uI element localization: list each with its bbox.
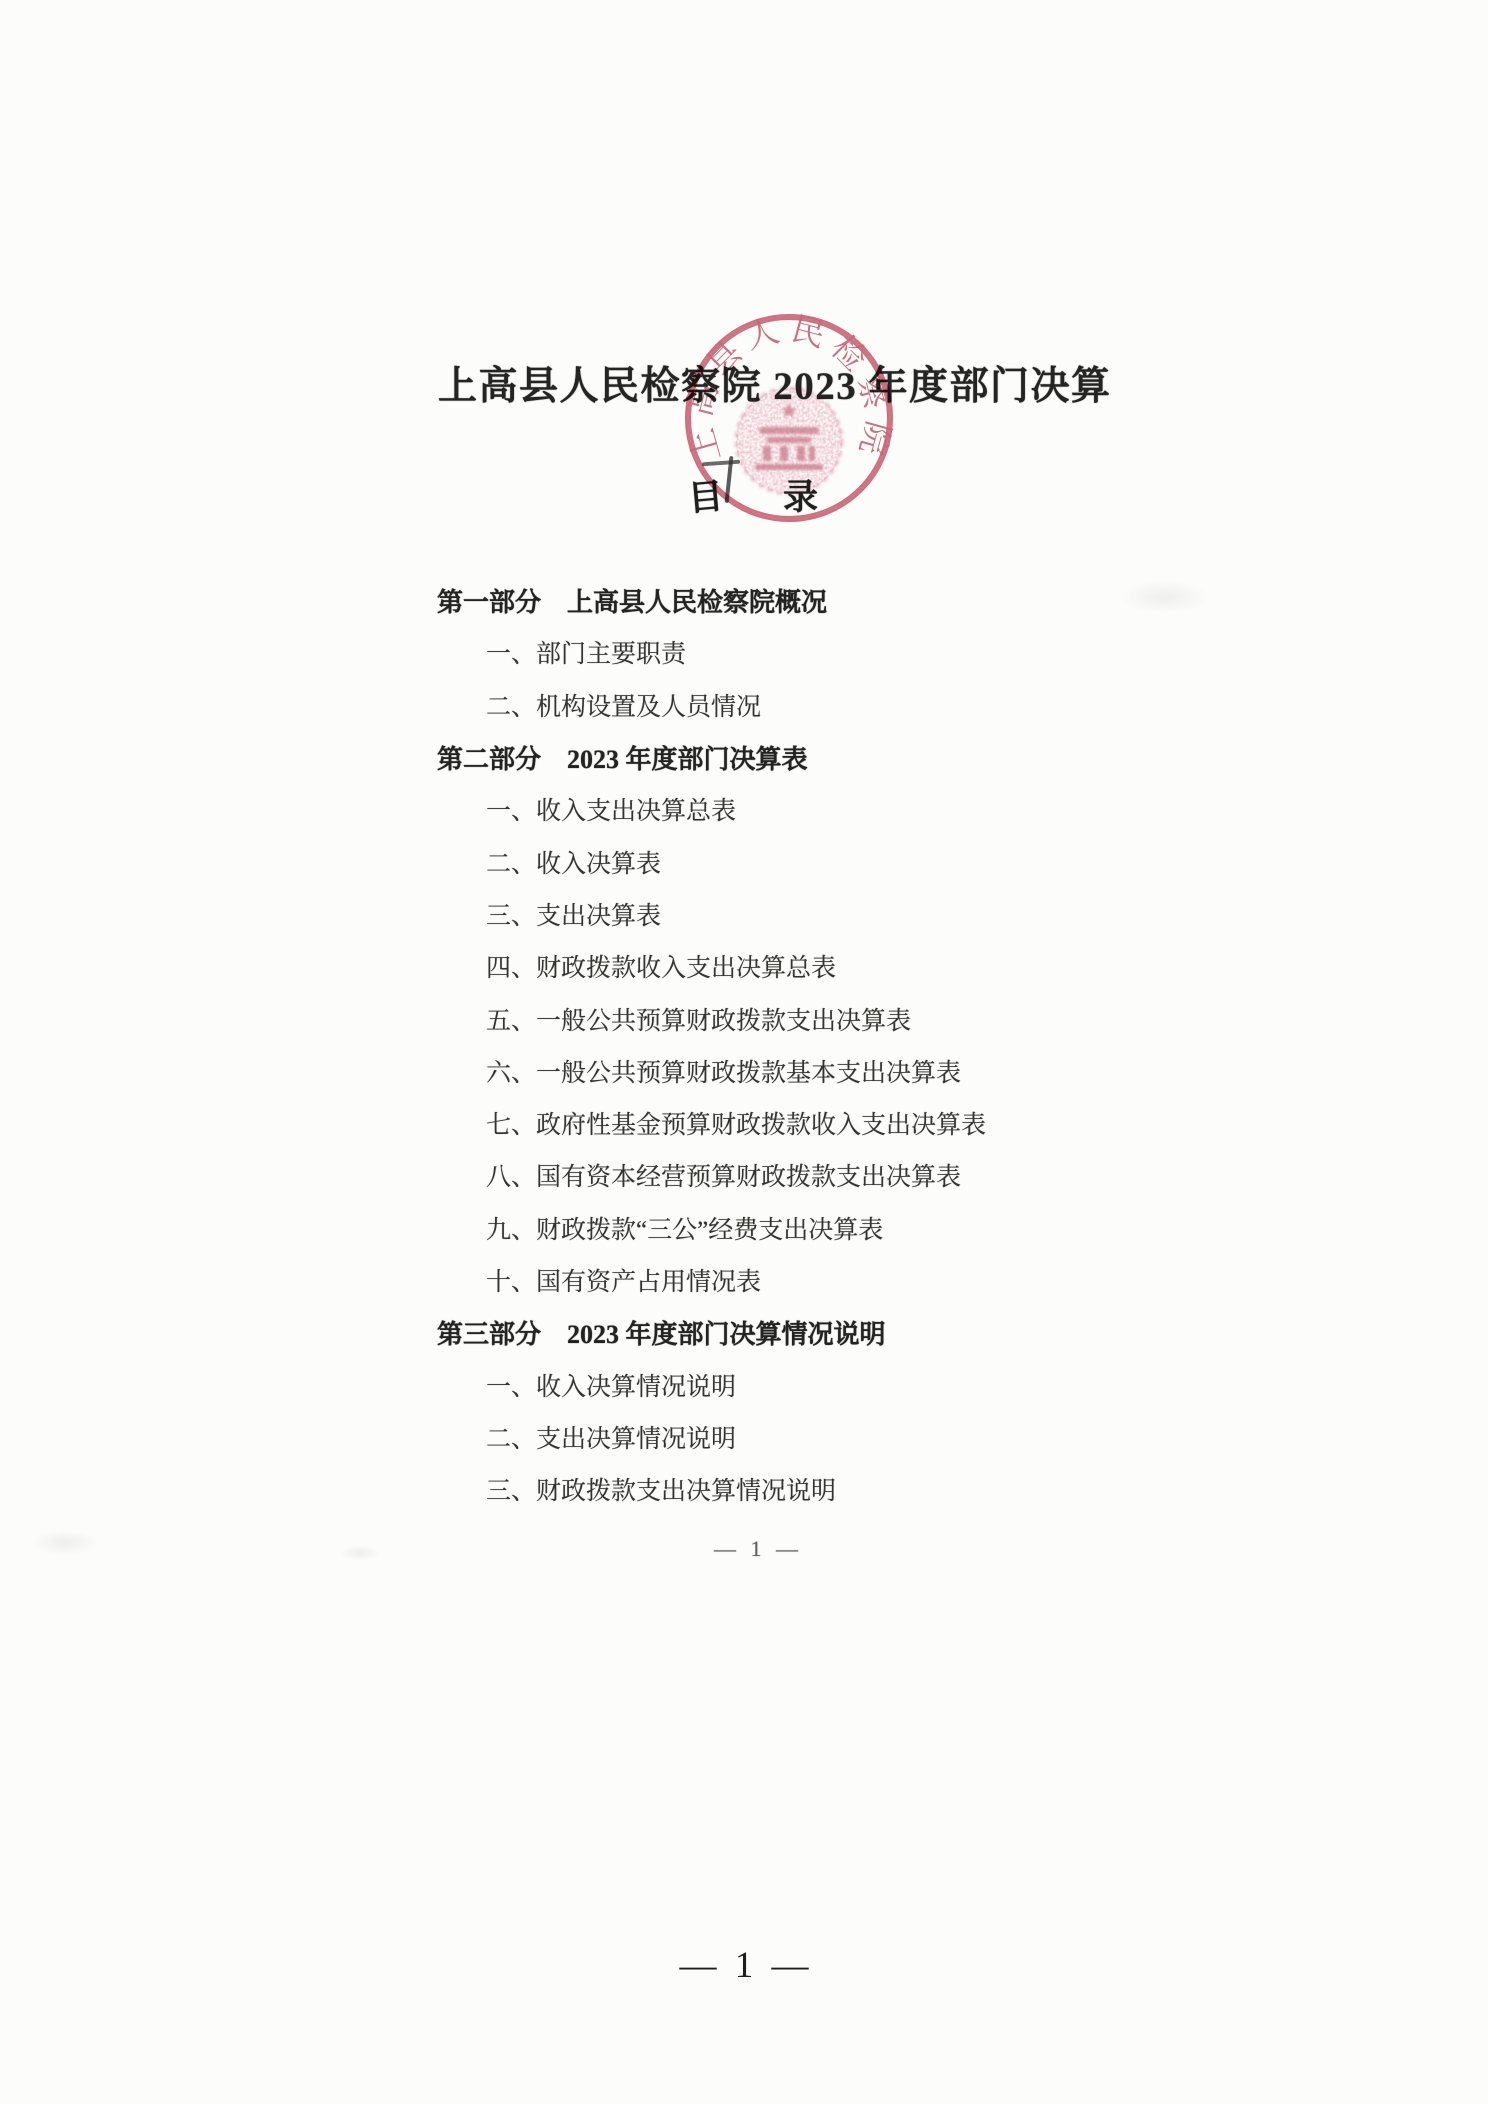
footer-page-number: — 1 — (0, 1944, 1488, 1987)
toc-item: 一、收入决算情况说明 (437, 1358, 986, 1410)
ink-artifact-horizontal (702, 460, 740, 467)
toc-item: 六、一般公共预算财政拨款基本支出决算表 (437, 1045, 986, 1097)
scan-smudge (1120, 580, 1210, 614)
toc-part-1: 第一部分 上高县人民检察院概况 (437, 574, 986, 626)
toc-item: 一、收入支出决算总表 (437, 783, 986, 835)
toc-part-3: 第三部分 2023 年度部门决算情况说明 (437, 1306, 986, 1358)
toc-item: 一、部门主要职责 (437, 626, 986, 678)
scanned-page-number: — 1 — (607, 1536, 907, 1562)
toc-item: 二、收入决算表 (437, 835, 986, 887)
toc-item: 七、政府性基金预算财政拨款收入支出决算表 (437, 1097, 986, 1149)
scanned-document-page: 上高县人民检察院 2023 年度部门决算 (0, 0, 1488, 2104)
toc-list: 第一部分 上高县人民检察院概况 一、部门主要职责 二、机构设置及人员情况 第二部… (437, 574, 986, 1515)
toc-heading-char-lu: 录 (783, 470, 818, 520)
toc-item: 三、财政拨款支出决算情况说明 (437, 1463, 986, 1515)
toc-item: 二、支出决算情况说明 (437, 1411, 986, 1463)
toc-heading-char-mu: 目 (686, 469, 725, 522)
toc-item: 二、机构设置及人员情况 (437, 679, 986, 731)
toc-item: 三、支出决算表 (437, 888, 986, 940)
toc-heading: 目 录 (688, 470, 818, 520)
toc-item: 九、财政拨款“三公”经费支出决算表 (437, 1202, 986, 1254)
scan-smudge (30, 1530, 100, 1556)
scan-smudge (340, 1545, 380, 1561)
toc-item: 四、财政拨款收入支出决算总表 (437, 940, 986, 992)
toc-item: 十、国有资产占用情况表 (437, 1254, 986, 1306)
toc-part-2: 第二部分 2023 年度部门决算表 (437, 731, 986, 783)
toc-item: 五、一般公共预算财政拨款支出决算表 (437, 992, 986, 1044)
toc-item: 八、国有资本经营预算财政拨款支出决算表 (437, 1149, 986, 1201)
document-title: 上高县人民检察院 2023 年度部门决算 (438, 355, 1112, 411)
